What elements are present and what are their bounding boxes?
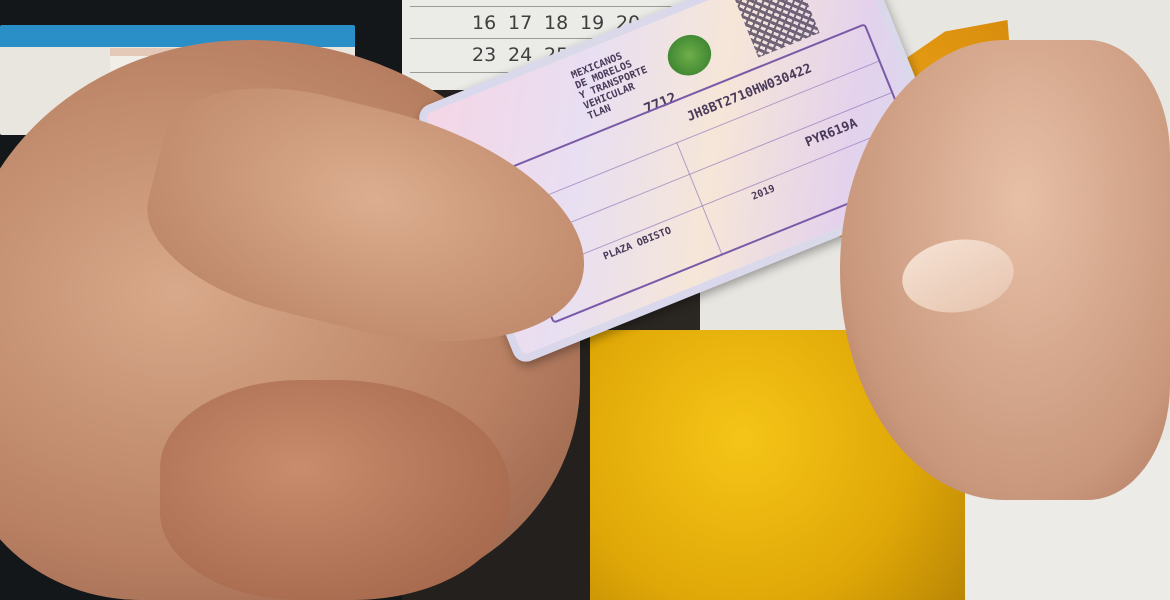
card-field-value: 2019: [750, 183, 776, 202]
card-serial-number: JH8BT2710HW030422: [685, 61, 814, 125]
left-hand-fingers: [160, 380, 510, 600]
calendar-rule: [410, 6, 700, 7]
grid-line: [676, 142, 722, 254]
state-seal-icon: [662, 28, 718, 82]
